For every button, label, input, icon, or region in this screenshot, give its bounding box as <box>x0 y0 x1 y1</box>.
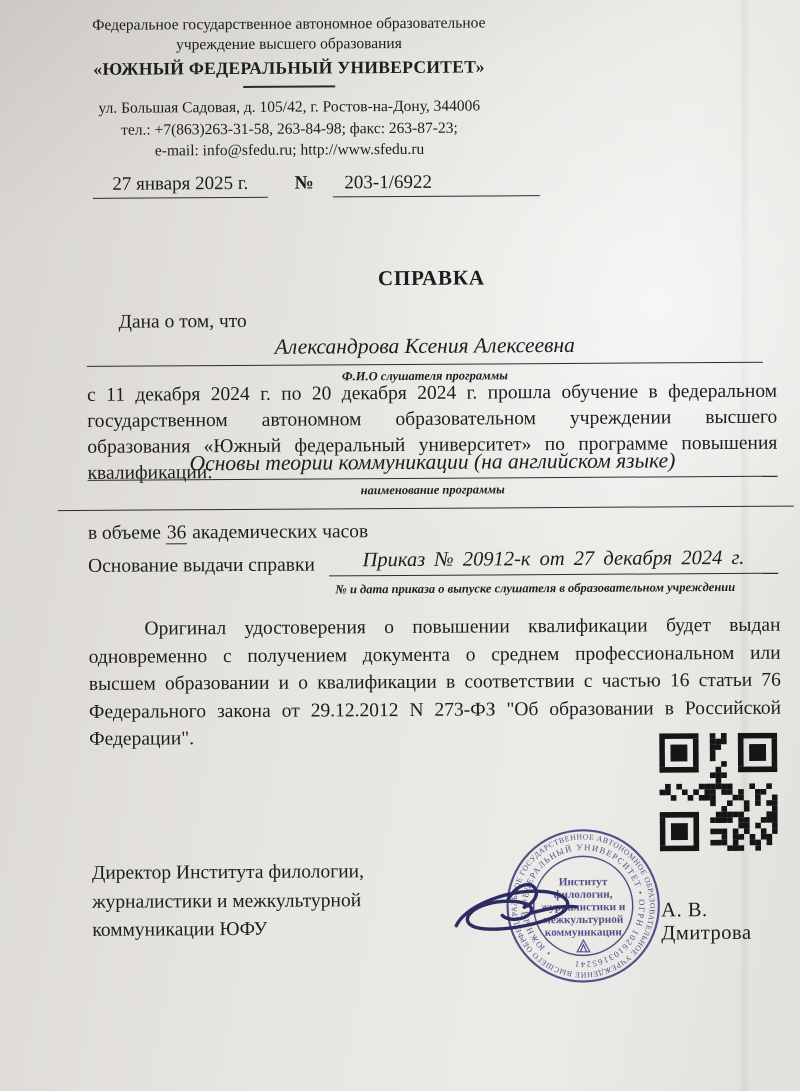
program-name: Основы теории коммуникации (на английско… <box>190 448 676 475</box>
volume-line: в объеме 36 академических часов <box>88 521 368 545</box>
signature-scribble <box>450 873 598 950</box>
org-phone: тел.: +7(863)263-31-58, 263-84-98; факс:… <box>63 117 515 141</box>
issue-date: 27 января 2025 г. <box>93 173 268 199</box>
basis-value: Приказ № 20912-к от 27 декабря 2024 г. <box>329 547 778 577</box>
letterhead-divider <box>243 85 335 88</box>
org-address: ул. Большая Садовая, д. 105/42, г. Росто… <box>63 96 515 120</box>
volume-prefix: в объеме <box>88 522 166 543</box>
qr-code-image <box>659 733 778 852</box>
program-name-caption: наименование программы <box>88 481 778 500</box>
org-email-web: e-mail: info@sfedu.ru; http://www.sfedu.… <box>64 139 516 163</box>
volume-suffix: академических часов <box>187 521 368 543</box>
org-type-line-1: Федеральное государственное автономное о… <box>63 13 515 36</box>
director-title-line-1: Директор Института филологии, <box>92 858 422 889</box>
student-name: Александрова Ксения Алексеевна <box>275 333 575 359</box>
blank-field-line <box>58 506 794 511</box>
basis-label: Основание выдачи справки <box>88 554 329 577</box>
date-number-row: 27 января 2025 г. № 203-1/6922 <box>93 170 653 198</box>
director-title-line-2: журналистики и межкультурной <box>92 886 422 917</box>
signer-name: А. В. Дмитрова <box>661 899 800 946</box>
scanned-certificate-page: Федеральное государственное автономное о… <box>0 0 800 1091</box>
student-name-field: Александрова Ксения Алексеевна <box>87 332 763 367</box>
basis-caption: № и дата приказа о выпуске слушателя в о… <box>300 580 770 598</box>
basis-row: Основание выдачи справки Приказ № 20912-… <box>88 547 778 578</box>
document-title: СПРАВКА <box>86 264 776 293</box>
intro-text: Дана о том, что <box>119 311 247 334</box>
director-title: Директор Института филологии, журналисти… <box>92 858 423 946</box>
director-title-line-3: коммуникации ЮФУ <box>92 915 422 946</box>
volume-hours: 36 <box>166 522 188 544</box>
number-sign: № <box>294 173 313 195</box>
org-type-line-2: учреждение высшего образования <box>63 33 515 56</box>
org-name: «ЮЖНЫЙ ФЕДЕРАЛЬНЫЙ УНИВЕРСИТЕТ» <box>63 56 515 79</box>
document-number: 203-1/6922 <box>332 171 539 197</box>
qr-code <box>659 733 778 852</box>
letterhead: Федеральное государственное автономное о… <box>63 13 516 163</box>
program-name-field: Основы теории коммуникации (на английско… <box>87 448 777 481</box>
original-paragraph: Оригинал удостоверения о повышении квали… <box>88 612 781 754</box>
